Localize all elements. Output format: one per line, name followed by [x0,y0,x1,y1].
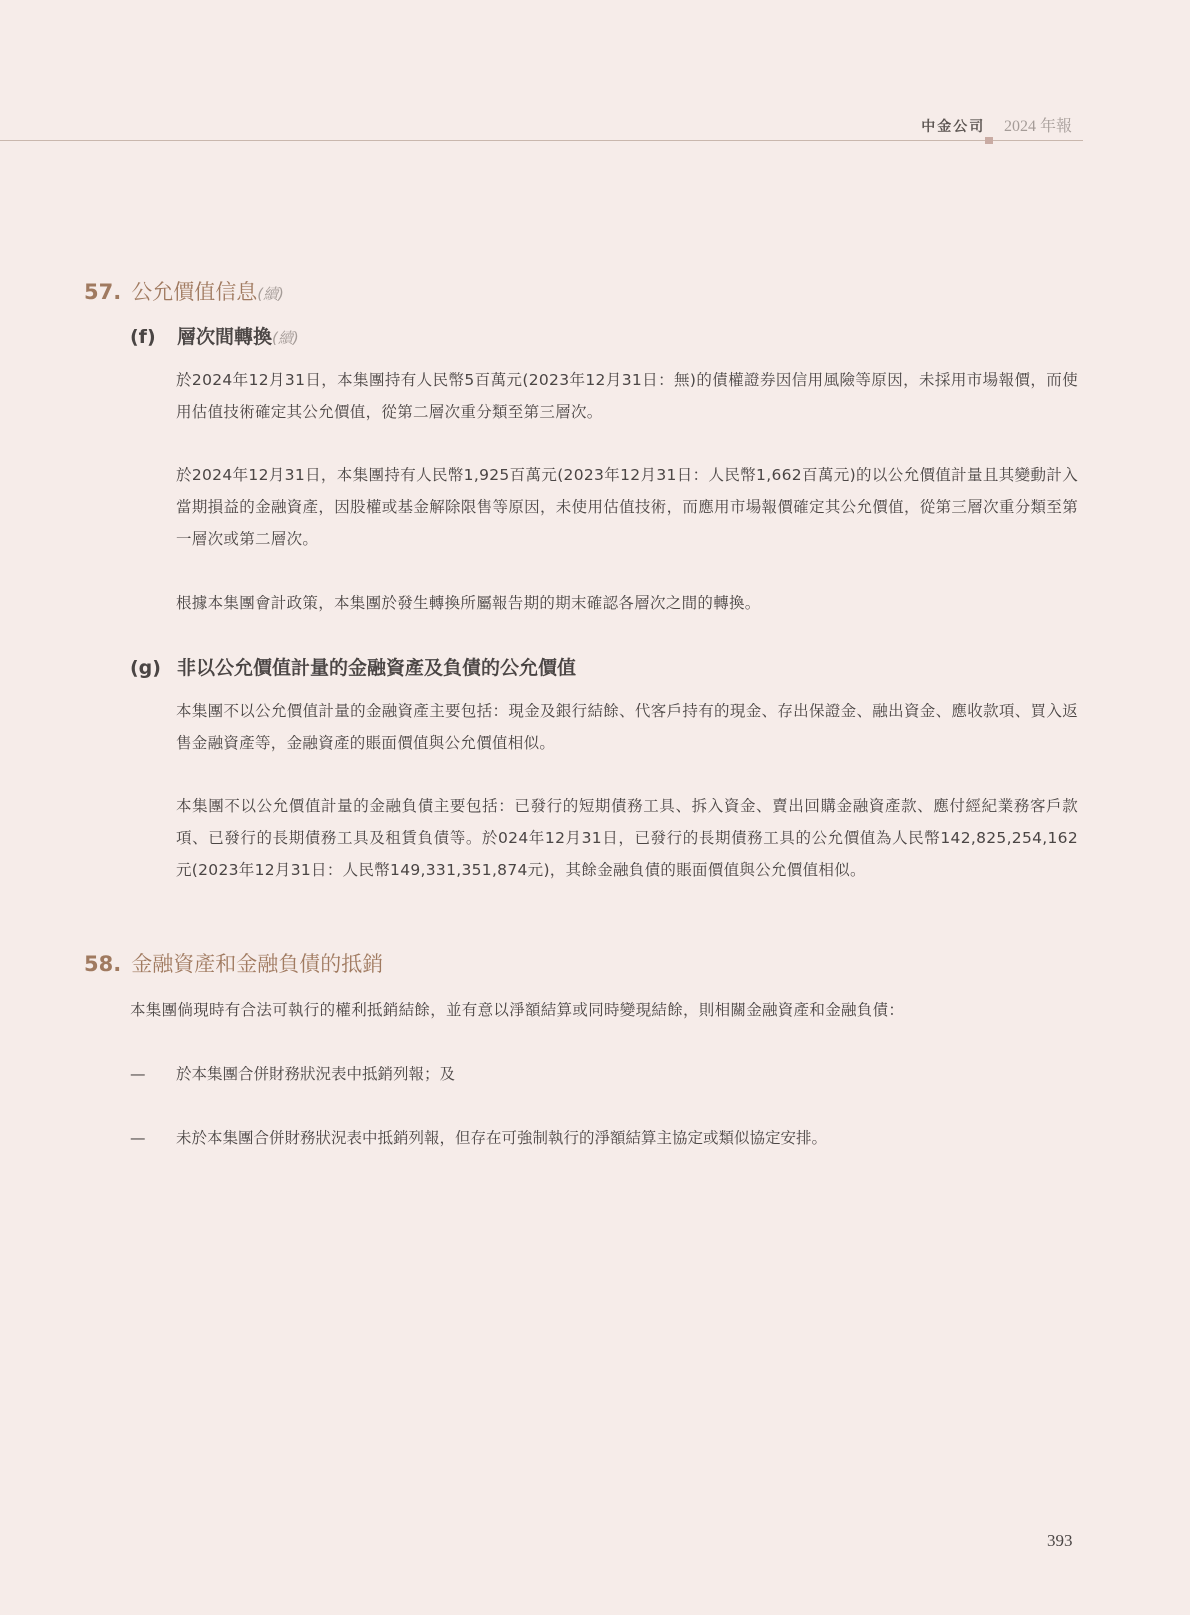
section-58-title: 58.金融資產和金融負債的抵銷 [84,948,383,978]
subsection-f-title: (f)層次間轉換(續) [130,322,299,349]
continued-label: (續) [257,285,284,303]
list-item: —未於本集團合併財務狀況表中抵銷列報，但存在可強制執行的淨額結算主協定或類似協定… [130,1122,827,1154]
paragraph: 本集團不以公允價值計量的金融負債主要包括：已發行的短期債務工具、拆入資金、賣出回… [176,790,1078,886]
section-number: 58. [84,952,121,976]
paragraph: 於2024年12月31日，本集團持有人民幣1,925百萬元(2023年12月31… [176,459,1078,555]
section-57-title: 57.公允價值信息(續) [84,276,284,306]
header-marker [985,137,993,144]
section-title-text: 公允價值信息 [131,280,257,304]
dash-bullet-icon: — [130,1058,176,1090]
list-item-text: 於本集團合併財務狀況表中抵銷列報；及 [176,1065,455,1083]
list-item: —於本集團合併財務狀況表中抵銷列報；及 [130,1058,455,1090]
paragraph: 根據本集團會計政策，本集團於發生轉換所屬報告期的期末確認各層次之間的轉換。 [176,587,1078,619]
list-item-text: 未於本集團合併財務狀況表中抵銷列報，但存在可強制執行的淨額結算主協定或類似協定安… [176,1129,827,1147]
subsection-letter: (f) [130,326,177,348]
subsection-g-title: (g)非以公允價值計量的金融資產及負債的公允價值 [130,653,576,680]
page-number: 393 [1047,1531,1073,1551]
running-header: 中金公司 2024 年報 [921,113,1072,136]
subsection-title-text: 非以公允價值計量的金融資產及負債的公允價值 [177,657,576,679]
section-title-text: 金融資產和金融負債的抵銷 [131,952,383,976]
continued-label: (續) [272,329,299,347]
section-intro-paragraph: 本集團倘現時有合法可執行的權利抵銷結餘，並有意以淨額結算或同時變現結餘，則相關金… [130,994,1080,1026]
section-number: 57. [84,280,121,304]
paragraph: 本集團不以公允價值計量的金融資產主要包括：現金及銀行結餘、代客戶持有的現金、存出… [176,695,1078,759]
subsection-title-text: 層次間轉換 [177,326,272,348]
header-report-title: 2024 年報 [1004,118,1072,135]
subsection-letter: (g) [130,657,177,679]
header-divider [0,140,1083,141]
dash-bullet-icon: — [130,1122,176,1154]
paragraph: 於2024年12月31日，本集團持有人民幣5百萬元(2023年12月31日：無)… [176,364,1078,428]
header-company-name: 中金公司 [921,119,985,135]
